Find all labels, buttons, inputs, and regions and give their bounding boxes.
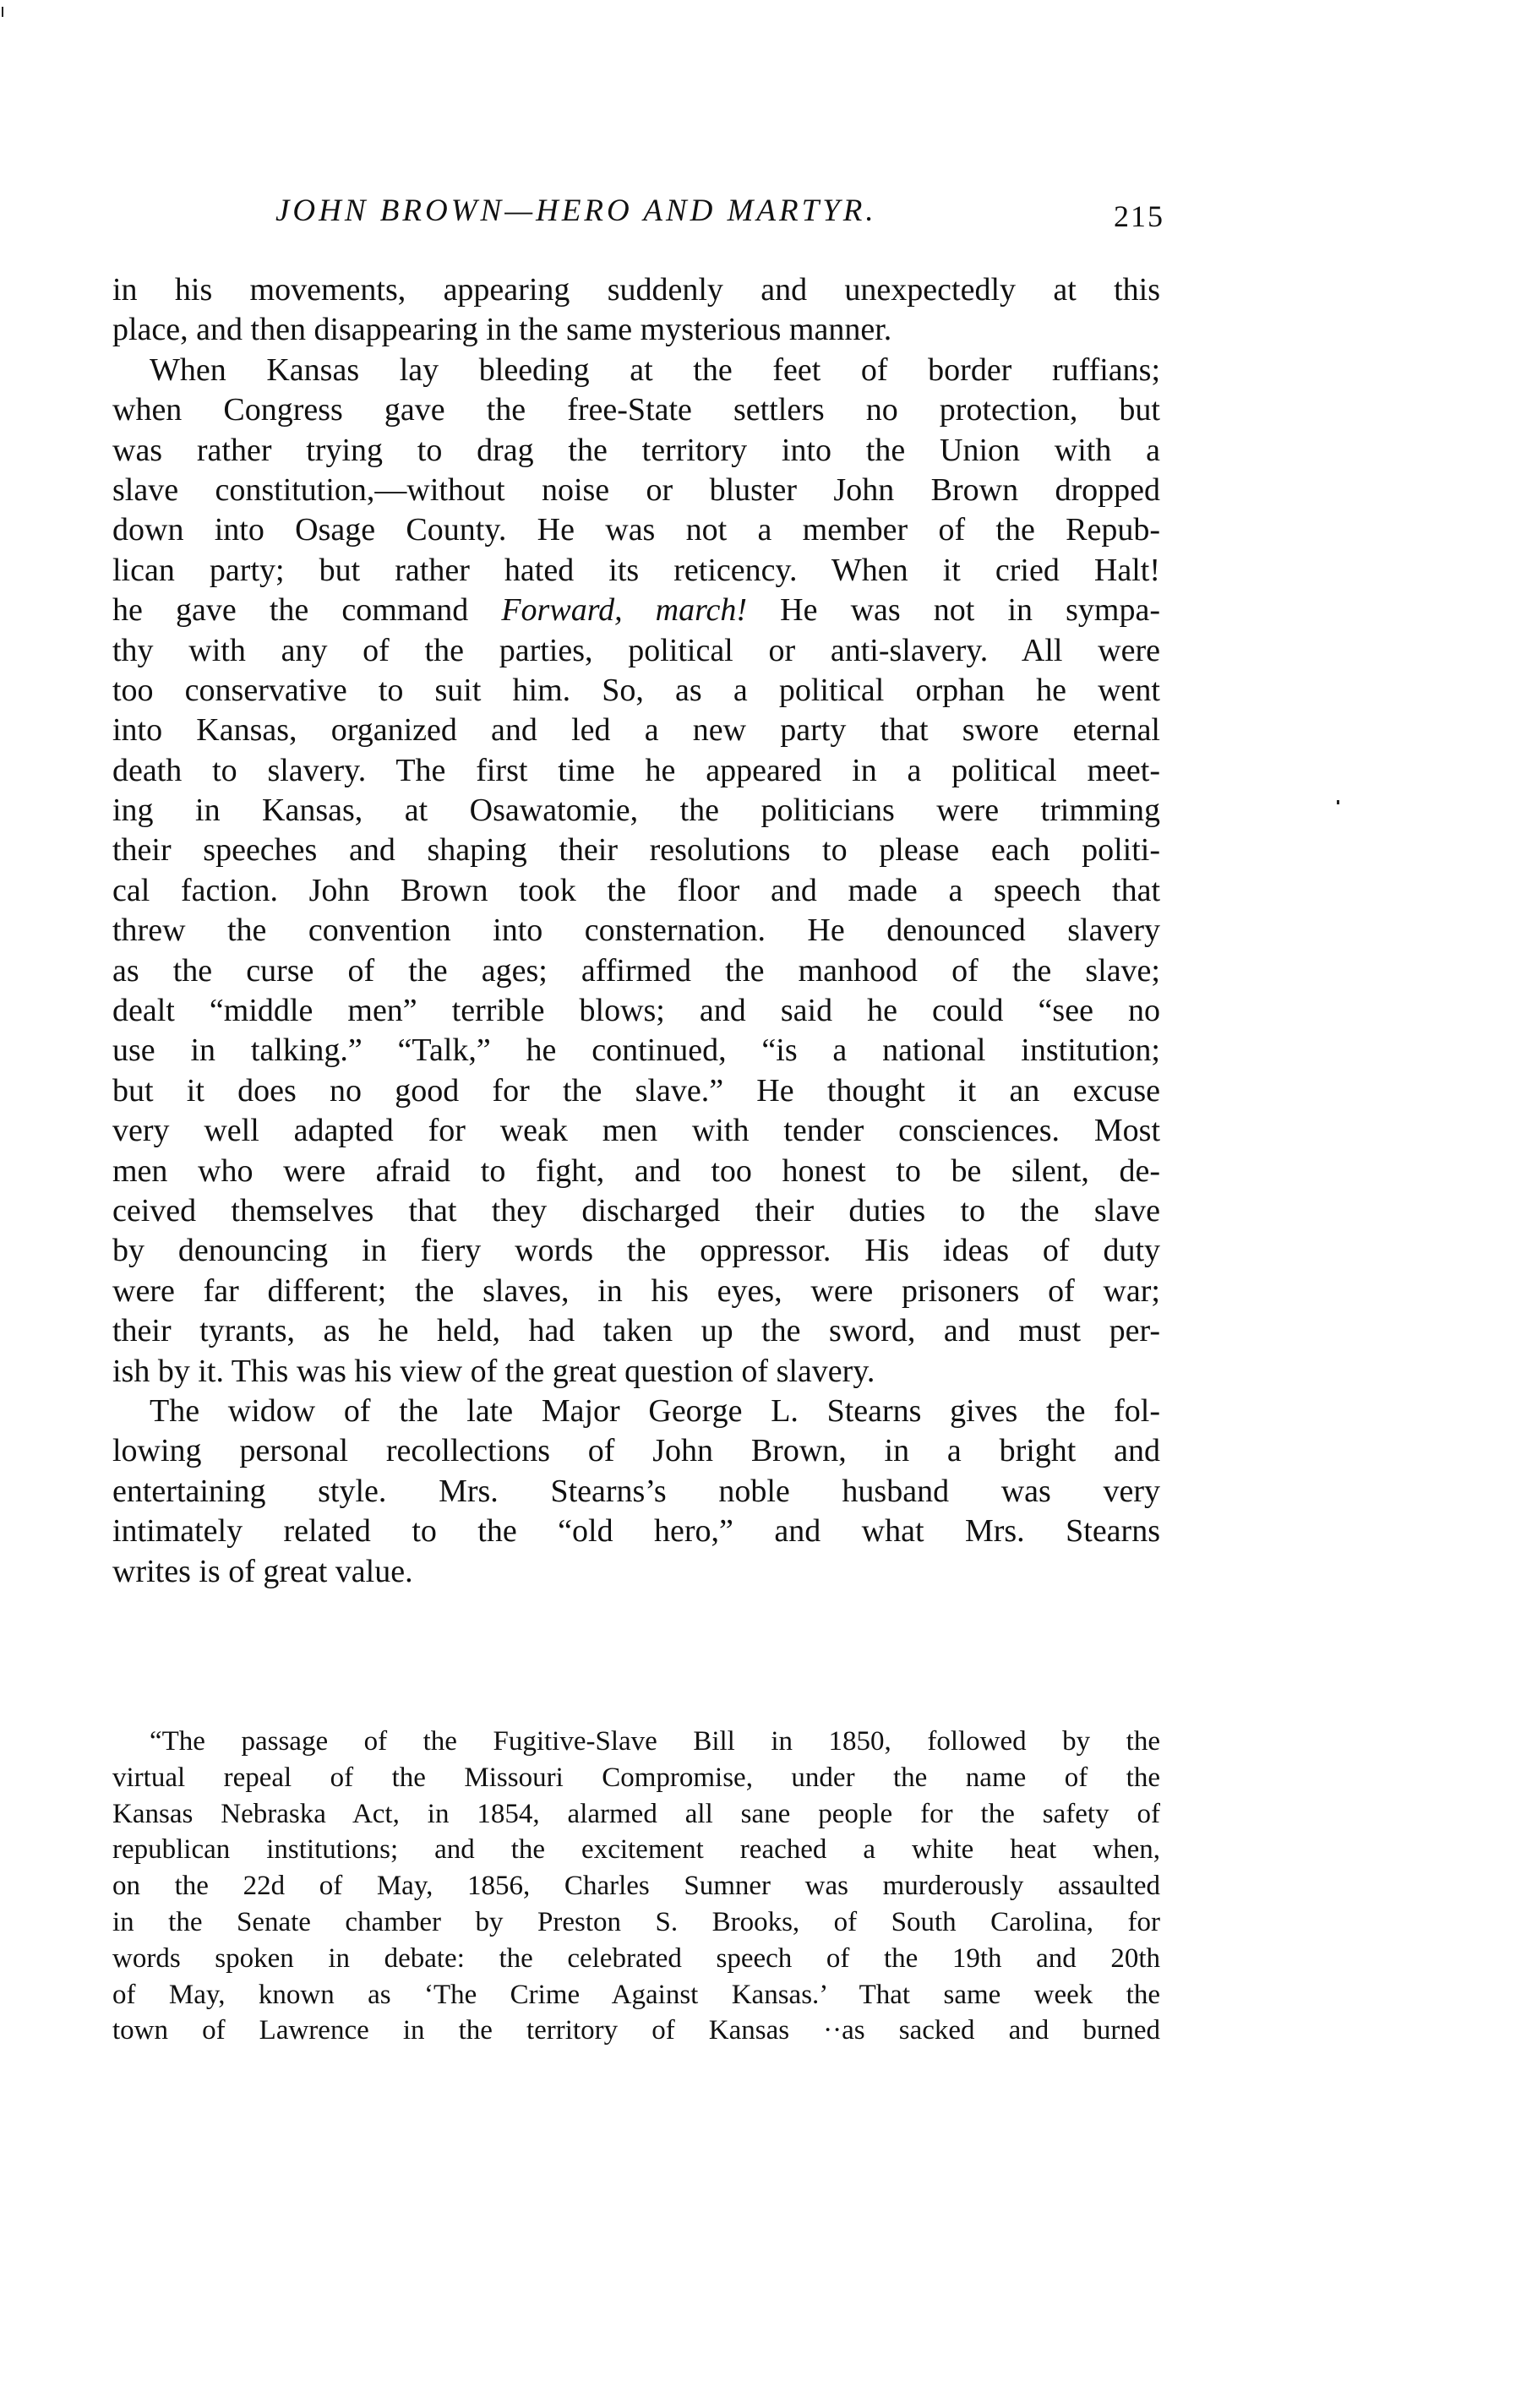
text-line: threw the convention into consternation.… — [112, 911, 1160, 951]
text-line: by denouncing in fiery words the oppress… — [112, 1231, 1160, 1271]
text-line: entertaining style. Mrs. Stearns’s noble… — [112, 1472, 1160, 1512]
scan-speck — [1337, 800, 1339, 804]
scan-speck — [2, 7, 3, 17]
quote-line: town of Lawrence in the territory of Kan… — [112, 2013, 1160, 2049]
page-number: 215 — [1114, 196, 1164, 237]
text-segment: He was not in sympa- — [747, 592, 1160, 628]
quote-line: virtual repeal of the Missouri Compromis… — [112, 1760, 1160, 1796]
body-text: in his movements, appearing suddenly and… — [112, 270, 1160, 1592]
text-line: when Congress gave the free-State settle… — [112, 390, 1160, 430]
text-line: their speeches and shaping their resolut… — [112, 831, 1160, 870]
text-line: lican party; but rather hated its retice… — [112, 551, 1160, 591]
text-line: down into Osage County. He was not a mem… — [112, 510, 1160, 550]
text-line: were far different; the slaves, in his e… — [112, 1272, 1160, 1311]
text-line: When Kansas lay bleeding at the feet of … — [112, 351, 1160, 390]
running-title: JOHN BROWN—HERO AND MARTYR. — [275, 191, 1036, 232]
text-line: into Kansas, organized and led a new par… — [112, 711, 1160, 750]
text-line: cal faction. John Brown took the floor a… — [112, 871, 1160, 911]
text-line: place, and then disappearing in the same… — [112, 310, 1160, 350]
text-line: slave constitution,—without noise or blu… — [112, 471, 1160, 510]
text-line: in his movements, appearing suddenly and… — [112, 270, 1160, 310]
text-line: use in talking.” “Talk,” he continued, “… — [112, 1031, 1160, 1071]
text-line: intimately related to the “old hero,” an… — [112, 1512, 1160, 1551]
quote-line: republican institutions; and the excitem… — [112, 1832, 1160, 1868]
text-line: but it does no good for the slave.” He t… — [112, 1071, 1160, 1111]
text-line: lowing personal recollections of John Br… — [112, 1431, 1160, 1471]
book-page: JOHN BROWN—HERO AND MARTYR. 215 in his m… — [0, 0, 1521, 2408]
text-line: was rather trying to drag the territory … — [112, 431, 1160, 471]
text-line: ing in Kansas, at Osawatomie, the politi… — [112, 791, 1160, 831]
text-line: ish by it. This was his view of the grea… — [112, 1352, 1160, 1392]
quote-line: in the Senate chamber by Preston S. Broo… — [112, 1904, 1160, 1941]
quote-line: Kansas Nebraska Act, in 1854, alarmed al… — [112, 1796, 1160, 1833]
text-line: writes is of great value. — [112, 1552, 1160, 1592]
quote-line: “The passage of the Fugitive-Slave Bill … — [112, 1724, 1160, 1760]
text-line: ceived themselves that they discharged t… — [112, 1191, 1160, 1231]
text-line: as the curse of the ages; affirmed the m… — [112, 951, 1160, 991]
text-segment: he gave the command — [112, 592, 501, 628]
text-line: too conservative to suit him. So, as a p… — [112, 671, 1160, 711]
quote-line: of May, known as ‘The Crime Against Kans… — [112, 1977, 1160, 2013]
quote-line: words spoken in debate: the celebrated s… — [112, 1941, 1160, 1977]
quoted-extract: “The passage of the Fugitive-Slave Bill … — [112, 1724, 1160, 2049]
text-line: death to slavery. The first time he appe… — [112, 751, 1160, 791]
italic-command: Forward, march! — [501, 592, 747, 628]
text-line: their tyrants, as he held, had taken up … — [112, 1311, 1160, 1351]
text-line: The widow of the late Major George L. St… — [112, 1392, 1160, 1431]
text-line: very well adapted for weak men with tend… — [112, 1111, 1160, 1151]
text-line-with-italic: he gave the command Forward, march! He w… — [112, 591, 1160, 630]
quote-line: on the 22d of May, 1856, Charles Sumner … — [112, 1868, 1160, 1904]
text-line: dealt “middle men” terrible blows; and s… — [112, 991, 1160, 1031]
text-line: thy with any of the parties, political o… — [112, 631, 1160, 671]
text-line: men who were afraid to fight, and too ho… — [112, 1152, 1160, 1191]
